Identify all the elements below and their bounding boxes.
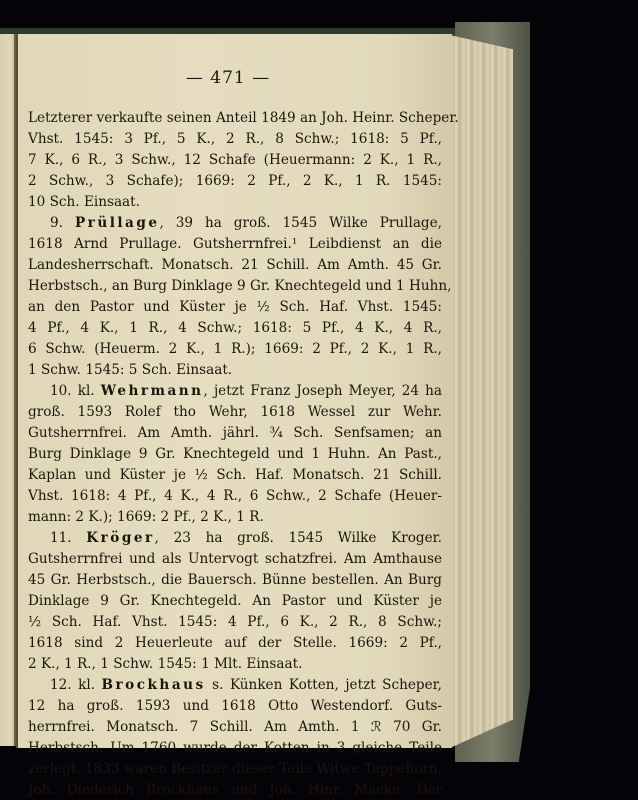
text-line: ½ Sch. Haf. Vhst. 1545: 4 Pf., 6 K., 2 R… bbox=[28, 612, 442, 633]
entry-number: 10. kl. bbox=[50, 383, 95, 399]
text-line: Herbstsch. Um 1760 wurde der Kotten in 3… bbox=[28, 738, 442, 759]
text-line: zerlegt. 1833 waren Besitzer dieser Teil… bbox=[28, 759, 442, 780]
text-line: 1618 Arnd Prullage. Gutsherrnfrei.¹ Leib… bbox=[28, 234, 442, 255]
text-line: Letzterer verkaufte seinen Anteil 1849 a… bbox=[28, 108, 442, 129]
entry-number: 12. kl. bbox=[50, 677, 95, 693]
text-line: Dinklage 9 Gr. Knechtegeld. An Pastor un… bbox=[28, 591, 442, 612]
text-line: herrnfrei. Monatsch. 7 Schill. Am Amth. … bbox=[28, 717, 442, 738]
entry-heading-line: 11. Kröger, 23 ha groß. 1545 Wilke Kroge… bbox=[28, 528, 442, 549]
text-line: Vhst. 1618: 4 Pf., 4 K., 4 R., 6 Schw., … bbox=[28, 486, 442, 507]
text-line: mann: 2 K.); 1669: 2 Pf., 2 K., 1 R. bbox=[28, 507, 442, 528]
text-line: 2 Schw., 3 Schafe); 1669: 2 Pf., 2 K., 1… bbox=[28, 171, 442, 192]
text-line: 2 K., 1 R., 1 Schw. 1545: 1 Mlt. Einsaat… bbox=[28, 654, 442, 675]
entry-heading-line: 12. kl. Brockhaus s. Künken Kotten, jetz… bbox=[28, 675, 442, 696]
text-line: an den Pastor und Küster je ½ Sch. Haf. … bbox=[28, 297, 442, 318]
text-line: Kaplan und Küster je ½ Sch. Haf. Monatsc… bbox=[28, 465, 442, 486]
text-line: Vhst. 1545: 3 Pf., 5 K., 2 R., 8 Schw.; … bbox=[28, 129, 442, 150]
page-block-edges bbox=[450, 35, 513, 748]
entry-number: 9. bbox=[50, 215, 63, 231]
text-line: , jetzt Franz Joseph Meyer, 24 ha bbox=[204, 383, 442, 399]
text-line: 12 ha groß. 1593 und 1618 Otto Westendor… bbox=[28, 696, 442, 717]
entry-9: 9. Prüllage, 39 ha groß. 1545 Wilke Prul… bbox=[28, 213, 442, 381]
text-line: s. Künken Kotten, jetzt Scheper, bbox=[206, 677, 442, 693]
page-body: Letzterer verkaufte seinen Anteil 1849 a… bbox=[28, 108, 442, 800]
farm-name: Prüllage bbox=[75, 215, 160, 231]
text-line: 10 Sch. Einsaat. bbox=[28, 192, 442, 213]
facing-page-sliver bbox=[0, 34, 16, 746]
entry-10: 10. kl. Wehrmann, jetzt Franz Joseph Mey… bbox=[28, 381, 442, 528]
entry-12: 12. kl. Brockhaus s. Künken Kotten, jetz… bbox=[28, 675, 442, 800]
text-line: 45 Gr. Herbstsch., die Bauersch. Bünne b… bbox=[28, 570, 442, 591]
text-line: , 23 ha groß. 1545 Wilke Kroger. bbox=[155, 530, 442, 546]
text-line: Gutsherrnfrei. Am Amth. jährl. ¾ Sch. Se… bbox=[28, 423, 442, 444]
page-number: — 471 — bbox=[18, 68, 438, 88]
text-line: 7 K., 6 R., 3 Schw., 12 Schafe (Heuerman… bbox=[28, 150, 442, 171]
farm-name: Kröger bbox=[86, 530, 154, 546]
text-line: , 39 ha groß. 1545 Wilke Prullage, bbox=[160, 215, 443, 231]
paragraph-continuation: Letzterer verkaufte seinen Anteil 1849 a… bbox=[28, 108, 442, 213]
text-line: 4 Pf., 4 K., 1 R., 4 Schw.; 1618: 5 Pf.,… bbox=[28, 318, 442, 339]
text-line: Gutsherrnfrei und als Untervogt schatzfr… bbox=[28, 549, 442, 570]
entry-heading-line: 9. Prüllage, 39 ha groß. 1545 Wilke Prul… bbox=[28, 213, 442, 234]
text-line: groß. 1593 Rolef tho Wehr, 1618 Wessel z… bbox=[28, 402, 442, 423]
text-line: 1 Schw. 1545: 5 Sch. Einsaat. bbox=[28, 360, 442, 381]
text-line: 6 Schw. (Heuerm. 2 K., 1 R.); 1669: 2 Pf… bbox=[28, 339, 442, 360]
text-line: Herbstsch., an Burg Dinklage 9 Gr. Knech… bbox=[28, 276, 442, 297]
farm-name: Brockhaus bbox=[102, 677, 206, 693]
entry-number: 11. bbox=[50, 530, 72, 546]
text-line: Joh. Diederich Brockhaus und Joh. Hinr. … bbox=[28, 780, 442, 800]
book-page: — 471 — Letzterer verkaufte seinen Antei… bbox=[18, 34, 452, 748]
text-line: Landesherrschaft. Monatsch. 21 Schill. A… bbox=[28, 255, 442, 276]
text-line: 1618 sind 2 Heuerleute auf der Stelle. 1… bbox=[28, 633, 442, 654]
entry-heading-line: 10. kl. Wehrmann, jetzt Franz Joseph Mey… bbox=[28, 381, 442, 402]
farm-name: Wehrmann bbox=[101, 383, 204, 399]
text-line: Burg Dinklage 9 Gr. Knechtegeld und 1 Hu… bbox=[28, 444, 442, 465]
entry-11: 11. Kröger, 23 ha groß. 1545 Wilke Kroge… bbox=[28, 528, 442, 675]
